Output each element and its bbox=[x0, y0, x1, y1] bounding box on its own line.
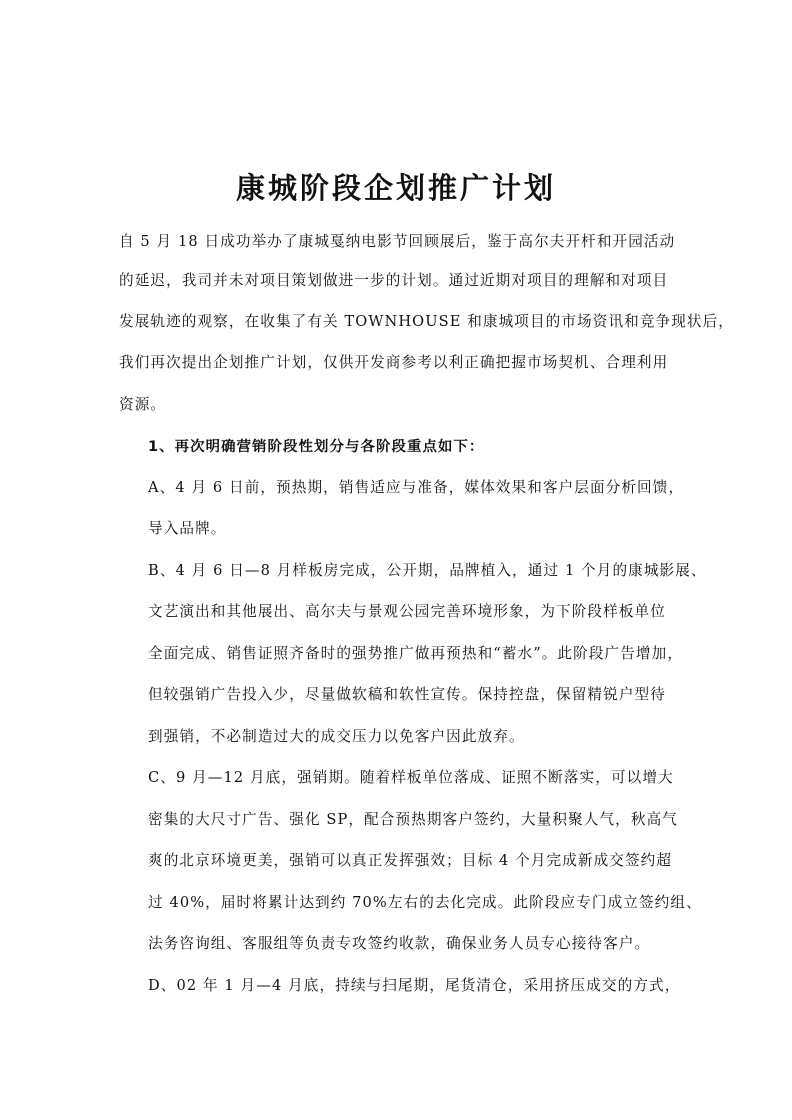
intro-line: 的延迟，我司并未对项目策划做进一步的计划。通过近期对项目的理解和对项目 bbox=[119, 271, 668, 291]
intro-line: 资源。 bbox=[119, 395, 166, 415]
intro-line: 自 5 月 18 日成功举办了康城戛纳电影节回顾展后，鉴于高尔夫开杆和开园活动 bbox=[119, 232, 675, 252]
phase-a-line: A、4 月 6 日前，预热期，销售适应与准备，媒体效果和客户层面分析回馈， bbox=[148, 478, 684, 498]
phase-b-line: 文艺演出和其他展出、高尔夫与景观公园完善环境形象，为下阶段样板单位 bbox=[148, 602, 666, 622]
document-title: 康城阶段企划推广计划 bbox=[0, 166, 792, 207]
phase-b-line: B、4 月 6 日—8 月样板房完成，公开期，品牌植入，通过 1 个月的康城影展… bbox=[148, 561, 707, 581]
phase-c-line: 密集的大尺寸广告、强化 SP，配合预热期客户签约，大量积聚人气，秋高气 bbox=[148, 810, 678, 830]
phase-b-line: 全面完成、销售证照齐备时的强势推广做再预热和“蓄水”。此阶段广告增加， bbox=[148, 644, 683, 664]
phase-c-line: 过 40%，届时将累计达到约 70%左右的去化完成。此阶段应专门成立签约组、 bbox=[148, 893, 702, 913]
section-heading: 1、再次明确营销阶段性划分与各阶段重点如下： bbox=[148, 437, 484, 457]
phase-b-line: 但较强销广告投入少，尽量做软稿和软性宣传。保持控盘，保留精锐户型待 bbox=[148, 685, 666, 705]
phase-c-line: 爽的北京环境更美，强销可以真正发挥强效；目标 4 个月完成新成交签约超 bbox=[148, 851, 672, 871]
phase-c-line: C、9 月—12 月底，强销期。随着样板单位落成、证照不断落实，可以增大 bbox=[148, 768, 674, 788]
phase-c-line: 法务咨询组、客服组等负责专攻签约收款，确保业务人员专心接待客户。 bbox=[148, 934, 650, 954]
intro-line: 发展轨迹的观察，在收集了有关 TOWNHOUSE 和康城项目的市场资讯和竞争现状… bbox=[119, 312, 734, 332]
phase-d-line: D、02 年 1 月—4 月底，持续与扫尾期，尾货清仓，采用挤压成交的方式， bbox=[148, 976, 680, 996]
intro-line: 我们再次提出企划推广计划，仅供开发商参考以利正确把握市场契机、合理利用 bbox=[119, 353, 668, 373]
phase-a-line: 导入品牌。 bbox=[148, 519, 226, 539]
phase-b-line: 到强销，不必制造过大的成交压力以免客户因此放弃。 bbox=[148, 727, 525, 747]
